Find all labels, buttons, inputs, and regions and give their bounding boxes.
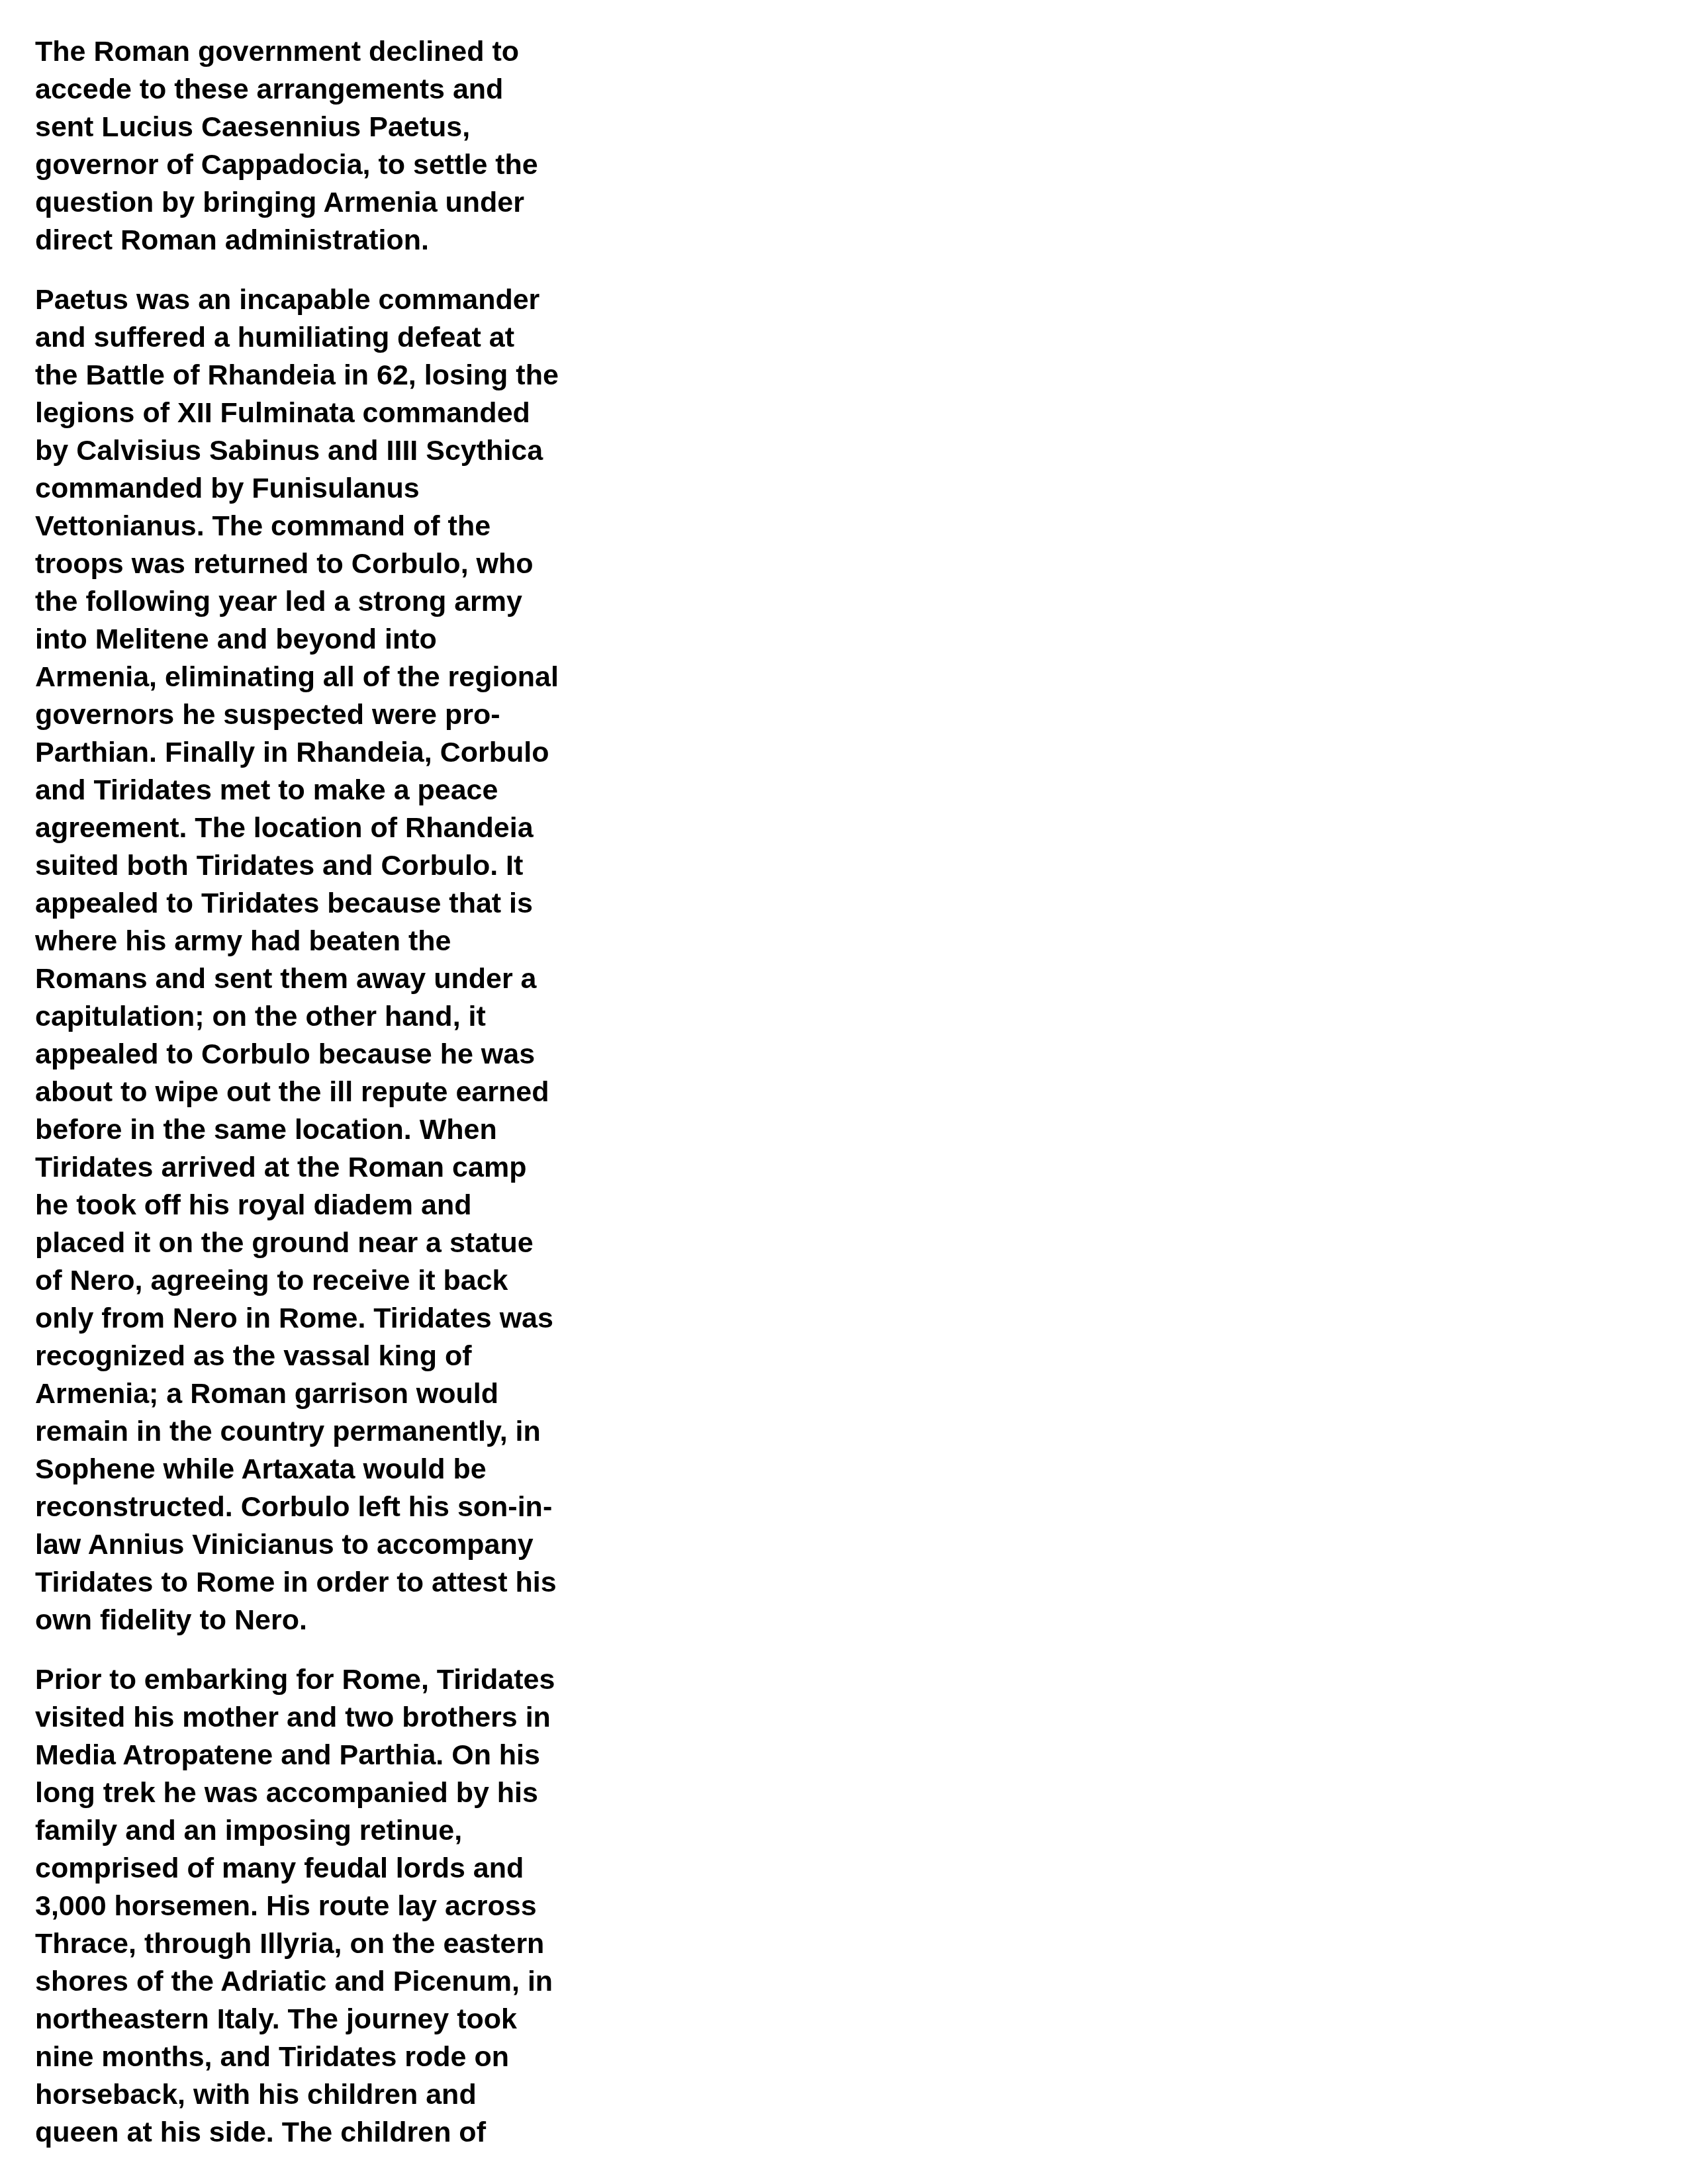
text-line: commanded by Funisulanus (35, 470, 631, 508)
text-line: before in the same location. When (35, 1111, 631, 1149)
text-line: and suffered a humiliating defeat at (35, 319, 631, 357)
text-line: law Annius Vinicianus to accompany (35, 1526, 631, 1564)
document-page: The Roman government declined to accede … (35, 33, 631, 2173)
text-line: and Tiridates met to make a peace (35, 772, 631, 809)
text-line: long trek he was accompanied by his (35, 1774, 631, 1812)
text-line: queen at his side. The children of (35, 2114, 631, 2152)
text-line: Romans and sent them away under a (35, 960, 631, 998)
text-line: family and an imposing retinue, (35, 1812, 631, 1850)
text-line: Tiridates to Rome in order to attest his (35, 1564, 631, 1602)
text-line: Vettonianus. The command of the (35, 508, 631, 545)
text-line: remain in the country permanently, in (35, 1413, 631, 1451)
text-line: shores of the Adriatic and Picenum, in (35, 1963, 631, 2001)
text-line: 3,000 horsemen. His route lay across (35, 1888, 631, 1925)
text-line: Prior to embarking for Rome, Tiridates (35, 1661, 631, 1699)
paragraph-paetus-defeat: Paetus was an incapable commander and su… (35, 281, 631, 1639)
text-line: own fidelity to Nero. (35, 1602, 631, 1639)
text-line: reconstructed. Corbulo left his son-in- (35, 1488, 631, 1526)
text-line: nine months, and Tiridates rode on (35, 2038, 631, 2076)
text-line: question by bringing Armenia under (35, 184, 631, 222)
text-line: agreement. The location of Rhandeia (35, 809, 631, 847)
text-line: Media Atropatene and Parthia. On his (35, 1737, 631, 1774)
text-line: legions of XII Fulminata commanded (35, 394, 631, 432)
text-line: The Roman government declined to (35, 33, 631, 71)
text-line: northeastern Italy. The journey took (35, 2001, 631, 2038)
text-line: capitulation; on the other hand, it (35, 998, 631, 1036)
text-line: comprised of many feudal lords and (35, 1850, 631, 1888)
text-line: of Nero, agreeing to receive it back (35, 1262, 631, 1300)
text-line: visited his mother and two brothers in (35, 1699, 631, 1737)
text-line: by Calvisius Sabinus and IIII Scythica (35, 432, 631, 470)
text-line: about to wipe out the ill repute earned (35, 1073, 631, 1111)
text-line: Parthian. Finally in Rhandeia, Corbulo (35, 734, 631, 772)
text-line: the Battle of Rhandeia in 62, losing the (35, 357, 631, 394)
text-line: governor of Cappadocia, to settle the (35, 146, 631, 184)
text-line: Paetus was an incapable commander (35, 281, 631, 319)
text-line: only from Nero in Rome. Tiridates was (35, 1300, 631, 1338)
text-line: sent Lucius Caesennius Paetus, (35, 109, 631, 146)
paragraph-journey-to-rome: Prior to embarking for Rome, Tiridates v… (35, 1661, 631, 2152)
text-line: Thrace, through Illyria, on the eastern (35, 1925, 631, 1963)
text-line: troops was returned to Corbulo, who (35, 545, 631, 583)
text-line: Armenia; a Roman garrison would (35, 1375, 631, 1413)
text-line: accede to these arrangements and (35, 71, 631, 109)
text-line: Armenia, eliminating all of the regional (35, 659, 631, 696)
text-line: where his army had beaten the (35, 923, 631, 960)
text-line: Sophene while Artaxata would be (35, 1451, 631, 1488)
text-line: into Melitene and beyond into (35, 621, 631, 659)
text-line: suited both Tiridates and Corbulo. It (35, 847, 631, 885)
text-line: recognized as the vassal king of (35, 1338, 631, 1375)
text-line: direct Roman administration. (35, 222, 631, 259)
text-line: Tiridates arrived at the Roman camp (35, 1149, 631, 1187)
text-line: appealed to Corbulo because he was (35, 1036, 631, 1073)
text-line: appealed to Tiridates because that is (35, 885, 631, 923)
text-line: he took off his royal diadem and (35, 1187, 631, 1224)
text-line: governors he suspected were pro- (35, 696, 631, 734)
text-line: placed it on the ground near a statue (35, 1224, 631, 1262)
text-line: the following year led a strong army (35, 583, 631, 621)
text-line: horseback, with his children and (35, 2076, 631, 2114)
paragraph-roman-government: The Roman government declined to accede … (35, 33, 631, 259)
